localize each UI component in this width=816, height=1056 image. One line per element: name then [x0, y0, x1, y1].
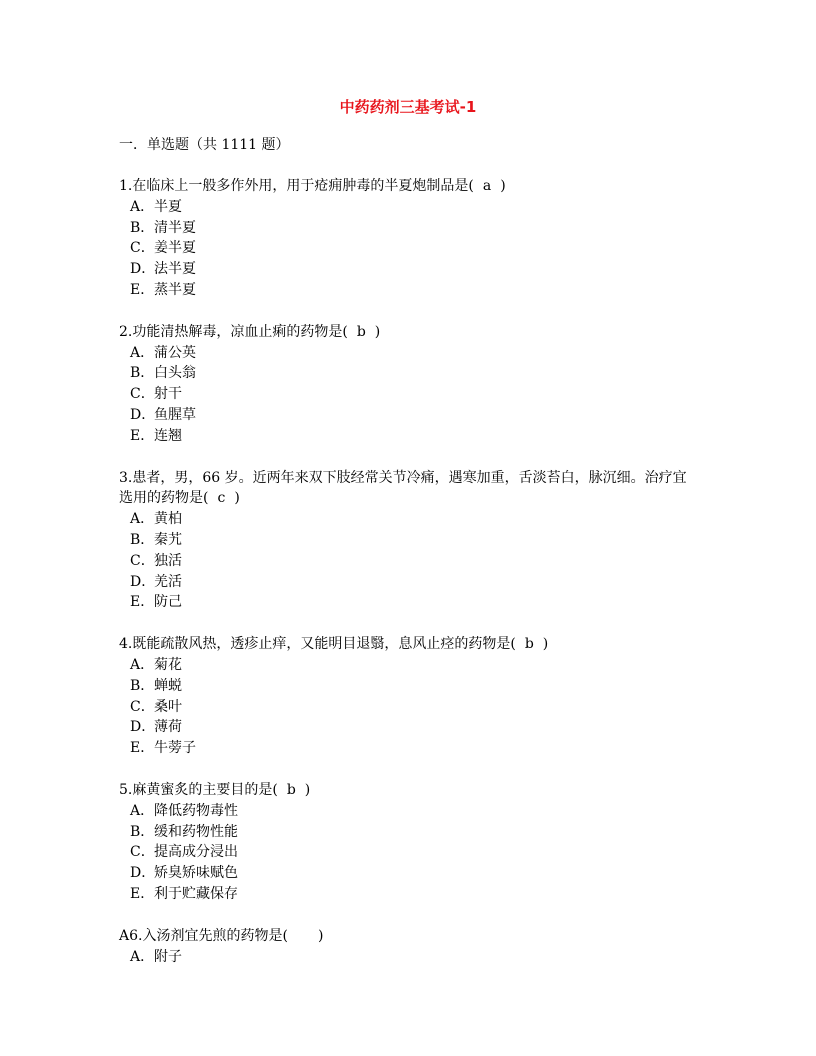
document-body: 一．单选题（共 1111 题） 1.在临床上一般多作外用，用于疮痈肿毒的半夏炮制…: [119, 135, 699, 988]
closing-paren: ): [375, 324, 380, 340]
option-a: A．附子: [119, 947, 699, 968]
option-e: E．利于贮藏保存: [119, 884, 699, 905]
document-page: 中药药剂三基考试-1 一．单选题（共 1111 题） 1.在临床上一般多作外用，…: [0, 0, 816, 1056]
question-5: 5.麻黄蜜炙的主要目的是(b) A．降低药物毒性 B．缓和药物性能 C．提高成分…: [119, 780, 699, 905]
option-letter: D．: [130, 717, 154, 738]
option-d: D．矫臭矫味赋色: [119, 863, 699, 884]
closing-paren: ): [500, 178, 505, 194]
question-stem-text: 5.麻黄蜜炙的主要目的是(: [119, 782, 278, 798]
question-stem-text: 4.既能疏散风热，透疹止痒，又能明目退翳，息风止痉的药物是(: [119, 636, 516, 652]
option-text: 牛蒡子: [154, 740, 196, 756]
closing-paren: ): [234, 490, 239, 506]
question-stem: 1.在临床上一般多作外用，用于疮痈肿毒的半夏炮制品是(a): [119, 176, 699, 197]
option-text: 独活: [154, 553, 182, 569]
option-letter: A．: [130, 801, 154, 822]
option-letter: B．: [130, 363, 154, 384]
question-6: A6.入汤剂宜先煎的药物是( ) A．附子: [119, 926, 699, 968]
option-letter: C．: [130, 842, 154, 863]
option-c: C．独活: [119, 551, 699, 572]
option-letter: E．: [130, 738, 154, 759]
question-stem-text: 2.功能清热解毒，凉血止痢的药物是(: [119, 324, 348, 340]
option-text: 桑叶: [154, 699, 182, 715]
option-text: 黄柏: [154, 511, 182, 527]
closing-paren: ): [318, 928, 323, 944]
option-text: 蒸半夏: [154, 282, 196, 298]
option-c: C．姜半夏: [119, 238, 699, 259]
option-d: D．薄荷: [119, 717, 699, 738]
option-letter: D．: [130, 259, 154, 280]
option-letter: A．: [130, 197, 154, 218]
option-d: D．鱼腥草: [119, 405, 699, 426]
question-3: 3.患者，男，66 岁。近两年来双下肢经常关节冷痛，遇寒加重，舌淡苔白，脉沉细。…: [119, 468, 699, 614]
option-letter: A．: [130, 343, 154, 364]
option-a: A．蒲公英: [119, 343, 699, 364]
answer-key: b: [278, 780, 305, 801]
option-text: 菊花: [154, 657, 182, 673]
option-letter: D．: [130, 405, 154, 426]
option-text: 缓和药物性能: [154, 824, 238, 840]
option-letter: A．: [130, 947, 154, 968]
option-text: 薄荷: [154, 719, 182, 735]
option-e: E．防己: [119, 592, 699, 613]
question-stem: 3.患者，男，66 岁。近两年来双下肢经常关节冷痛，遇寒加重，舌淡苔白，脉沉细。…: [119, 468, 699, 510]
answer-key: b: [516, 634, 543, 655]
option-letter: B．: [130, 218, 154, 239]
question-stem: 2.功能清热解毒，凉血止痢的药物是(b): [119, 322, 699, 343]
option-a: A．菊花: [119, 655, 699, 676]
closing-paren: ): [305, 782, 310, 798]
option-b: B．蝉蜕: [119, 676, 699, 697]
question-stem: 5.麻黄蜜炙的主要目的是(b): [119, 780, 699, 801]
option-letter: A．: [130, 655, 154, 676]
option-text: 姜半夏: [154, 240, 196, 256]
option-text: 清半夏: [154, 220, 196, 236]
option-text: 法半夏: [154, 261, 196, 277]
option-letter: D．: [130, 863, 154, 884]
section-heading: 一．单选题（共 1111 题）: [119, 135, 699, 155]
closing-paren: ): [543, 636, 548, 652]
option-b: B．清半夏: [119, 218, 699, 239]
option-text: 蒲公英: [154, 345, 196, 361]
option-text: 秦艽: [154, 532, 182, 548]
option-c: C．桑叶: [119, 697, 699, 718]
answer-key: a: [474, 176, 500, 197]
option-letter: E．: [130, 426, 154, 447]
option-text: 利于贮藏保存: [154, 886, 238, 902]
option-c: C．射干: [119, 384, 699, 405]
option-text: 射干: [154, 386, 182, 402]
option-text: 连翘: [154, 428, 182, 444]
option-b: B．秦艽: [119, 530, 699, 551]
option-text: 羌活: [154, 574, 182, 590]
answer-key: b: [348, 322, 375, 343]
option-letter: C．: [130, 238, 154, 259]
option-text: 白头翁: [154, 365, 196, 381]
option-a: A．半夏: [119, 197, 699, 218]
option-d: D．羌活: [119, 572, 699, 593]
option-letter: B．: [130, 676, 154, 697]
option-letter: E．: [130, 884, 154, 905]
option-letter: E．: [130, 280, 154, 301]
option-b: B．缓和药物性能: [119, 822, 699, 843]
option-letter: C．: [130, 384, 154, 405]
option-text: 半夏: [154, 199, 182, 215]
question-4: 4.既能疏散风热，透疹止痒，又能明目退翳，息风止痉的药物是(b) A．菊花 B．…: [119, 634, 699, 759]
option-letter: E．: [130, 592, 154, 613]
option-letter: B．: [130, 530, 154, 551]
answer-key: c: [208, 488, 234, 509]
option-a: A．降低药物毒性: [119, 801, 699, 822]
option-text: 附子: [154, 949, 182, 965]
question-1: 1.在临床上一般多作外用，用于疮痈肿毒的半夏炮制品是(a) A．半夏 B．清半夏…: [119, 176, 699, 301]
option-d: D．法半夏: [119, 259, 699, 280]
document-title: 中药药剂三基考试-1: [0, 97, 816, 117]
option-letter: B．: [130, 822, 154, 843]
question-stem: A6.入汤剂宜先煎的药物是( ): [119, 926, 699, 947]
option-e: E．蒸半夏: [119, 280, 699, 301]
option-letter: A．: [130, 509, 154, 530]
option-letter: C．: [130, 551, 154, 572]
option-text: 降低药物毒性: [154, 803, 238, 819]
question-stem: 4.既能疏散风热，透疹止痒，又能明目退翳，息风止痉的药物是(b): [119, 634, 699, 655]
option-e: E．牛蒡子: [119, 738, 699, 759]
question-stem-text: 3.患者，男，66 岁。近两年来双下肢经常关节冷痛，遇寒加重，舌淡苔白，脉沉细。…: [119, 470, 687, 507]
option-text: 鱼腥草: [154, 407, 196, 423]
option-text: 矫臭矫味赋色: [154, 865, 238, 881]
option-text: 提高成分浸出: [154, 844, 238, 860]
question-stem-text: A6.入汤剂宜先煎的药物是(: [119, 928, 288, 944]
option-text: 防己: [154, 594, 182, 610]
option-c: C．提高成分浸出: [119, 842, 699, 863]
option-e: E．连翘: [119, 426, 699, 447]
option-a: A．黄柏: [119, 509, 699, 530]
option-letter: C．: [130, 697, 154, 718]
question-2: 2.功能清热解毒，凉血止痢的药物是(b) A．蒲公英 B．白头翁 C．射干 D．…: [119, 322, 699, 447]
option-b: B．白头翁: [119, 363, 699, 384]
option-text: 蝉蜕: [154, 678, 182, 694]
option-letter: D．: [130, 572, 154, 593]
question-stem-text: 1.在临床上一般多作外用，用于疮痈肿毒的半夏炮制品是(: [119, 178, 474, 194]
